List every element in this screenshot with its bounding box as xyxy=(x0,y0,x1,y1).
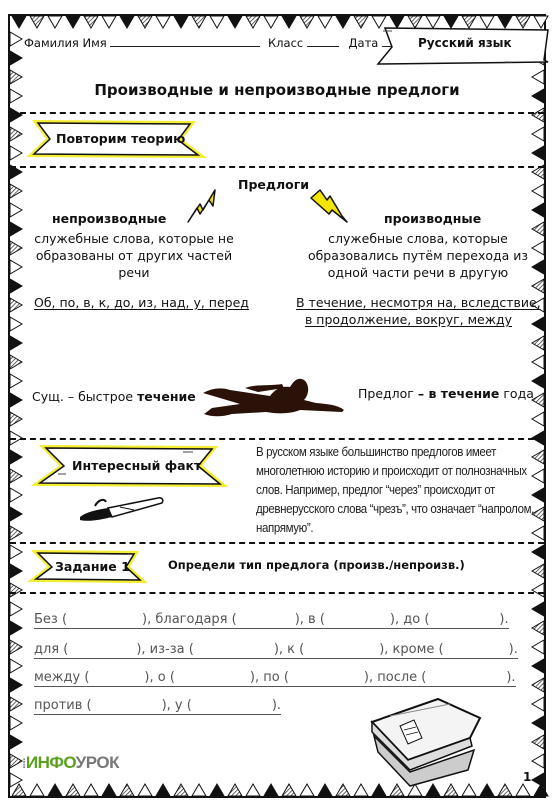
worksheet-page: Фамилия Имя Класс Дата Русский язык Прои… xyxy=(0,0,554,800)
infourok-logo: ⁞ИНФОУРОК xyxy=(22,753,119,773)
page-number: 1 xyxy=(523,770,531,784)
logo-part-green: ИНФО xyxy=(26,753,76,772)
logo-part-gray: УРОК xyxy=(76,753,119,772)
book-stack-icon xyxy=(0,0,554,800)
